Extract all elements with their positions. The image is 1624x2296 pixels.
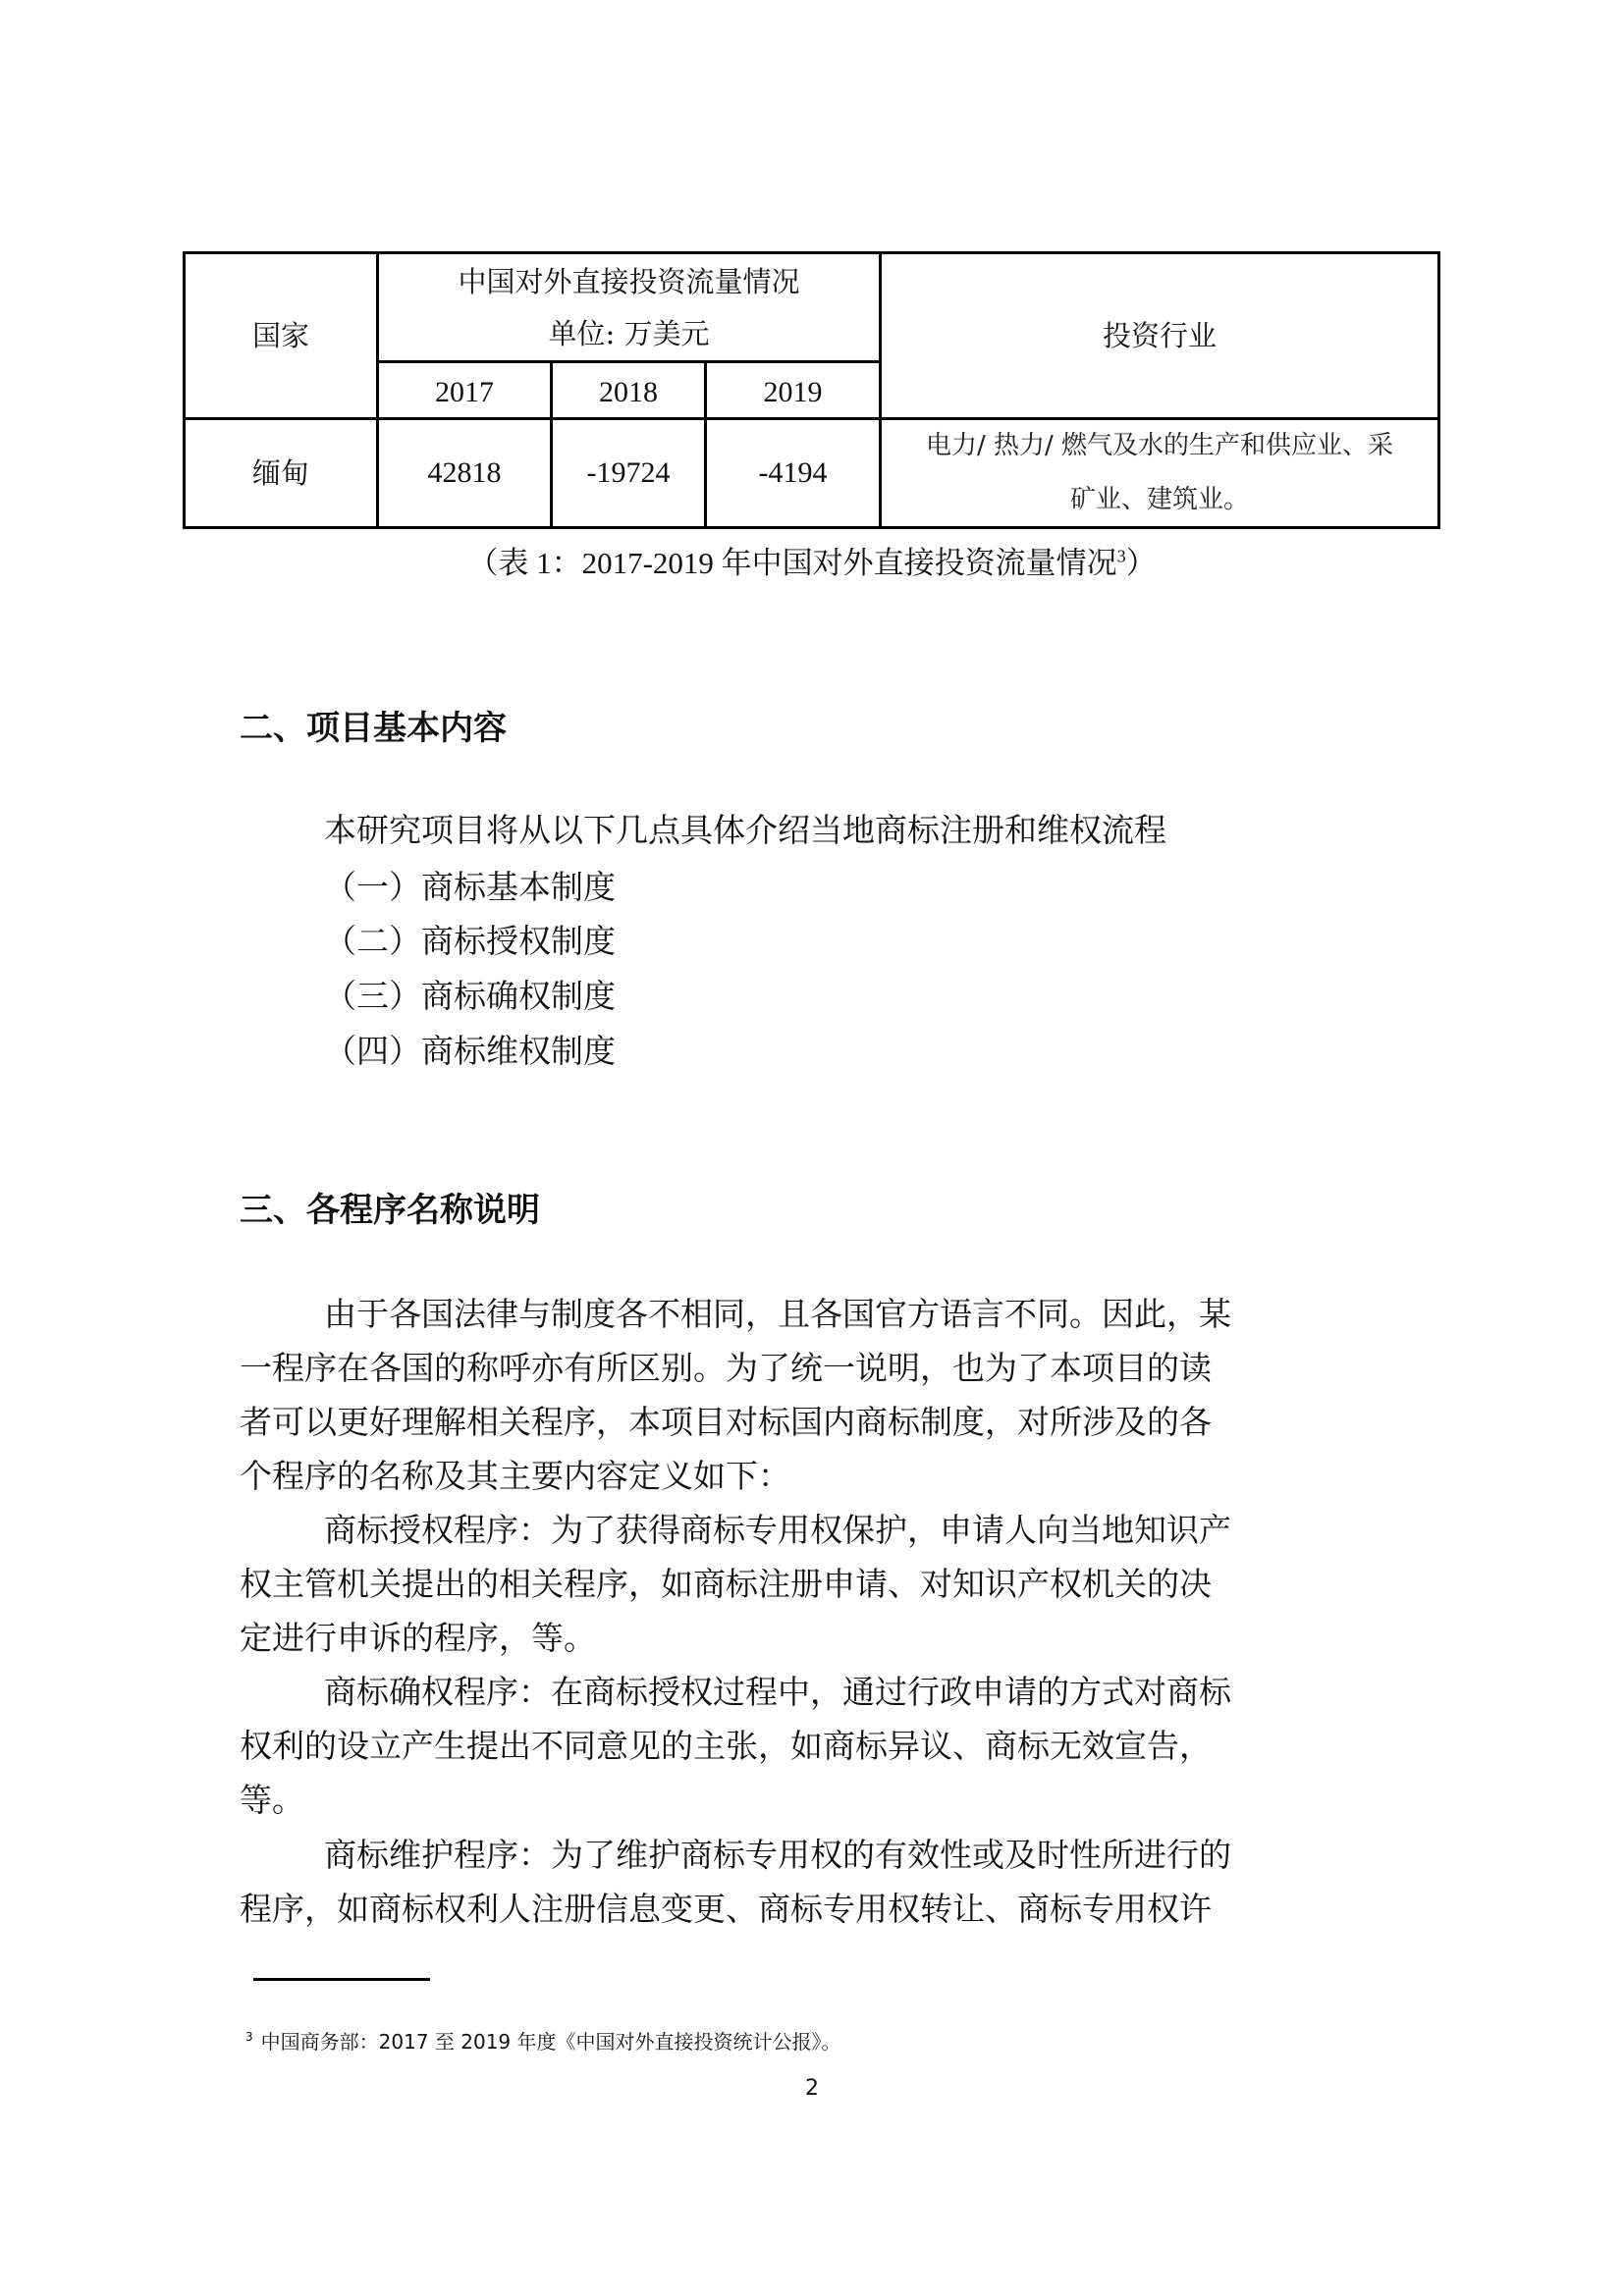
section2-heading: 二、项目基本内容: [240, 701, 507, 749]
para-line: 商标确权程序：在商标授权过程中，通过行政申请的方式对商标: [324, 1665, 1231, 1719]
para-line: 程序，如商标权利人注册信息变更、商标专用权转让、商标专用权许: [240, 1882, 1212, 1936]
header-group-title: 中国对外直接投资流量情况: [379, 257, 879, 306]
row-value-2019: -4194: [707, 420, 879, 526]
section3-heading: 三、各程序名称说明: [240, 1183, 540, 1231]
header-year-2017: 2017: [379, 368, 550, 417]
para-line: 商标维护程序：为了维护商标专用权的有效性或及时性所进行的: [324, 1828, 1231, 1882]
footnote-separator: [253, 1978, 430, 1981]
para-line: 商标授权程序：为了获得商标专用权保护，申请人向当地知识产: [324, 1503, 1231, 1557]
para-line: 由于各国法律与制度各不相同，且各国官方语言不同。因此，某: [324, 1287, 1231, 1341]
para-line: 个程序的名称及其主要内容定义如下：: [240, 1449, 790, 1503]
footnote-text: 中国商务部：2017 至 2019 年度《中国对外直接投资统计公报》。: [261, 2030, 841, 2054]
header-industry: 投资行业: [882, 254, 1437, 417]
header-country: 国家: [186, 254, 376, 417]
page-number: 2: [0, 2076, 1624, 2101]
para-line: 等。: [240, 1773, 304, 1827]
para-line: 权主管机关提出的相关程序，如商标注册申请、对知识产权机关的决: [240, 1557, 1212, 1611]
list-item: （一）商标基本制度: [324, 862, 616, 908]
header-unit: 单位: 万美元: [379, 309, 879, 358]
header-year-2019: 2019: [707, 368, 879, 417]
list-item: （二）商标授权制度: [324, 916, 616, 962]
section2-intro: 本研究项目将从以下几点具体介绍当地商标注册和维权流程: [324, 803, 1469, 857]
row-industry: 电力/ 热力/ 燃气及水的生产和供应业、采 矿业、建筑业。: [882, 420, 1437, 526]
row-value-2017: 42818: [379, 420, 550, 526]
footnote-ref[interactable]: 3: [1117, 547, 1126, 566]
row-industry-line2: 矿业、建筑业。: [1070, 473, 1249, 527]
row-country: 缅甸: [186, 420, 376, 526]
para-line: 者可以更好理解相关程序，本项目对标国内商标制度，对所涉及的各: [240, 1395, 1212, 1449]
table-divider: [376, 360, 882, 363]
caption-text: （表 1：2017-2019 年中国对外直接投资流量情况: [467, 546, 1116, 580]
row-value-2018: -19724: [553, 420, 704, 526]
list-item: （四）商标维权制度: [324, 1026, 616, 1072]
footnote-number: 3: [245, 2030, 253, 2044]
section2-intro-text: 本研究项目将从以下几点具体介绍当地商标注册和维权流程: [324, 811, 1166, 849]
para-line: 定进行申诉的程序，等。: [240, 1611, 596, 1665]
para-line: 一程序在各国的称呼亦有所区别。为了统一说明，也为了本项目的读: [240, 1341, 1212, 1395]
row-industry-line1: 电力/ 热力/ 燃气及水的生产和供应业、采: [926, 419, 1393, 473]
list-item: （三）商标确权制度: [324, 971, 616, 1017]
para-line: 权利的设立产生提出不同意见的主张，如商标异议、商标无效宣告，: [240, 1719, 1212, 1773]
caption-close: ）: [1126, 546, 1157, 580]
table-caption: （表 1：2017-2019 年中国对外直接投资流量情况3）: [0, 538, 1624, 582]
footnote: 3中国商务部：2017 至 2019 年度《中国对外直接投资统计公报》。: [245, 2026, 841, 2055]
header-year-2018: 2018: [553, 368, 704, 417]
